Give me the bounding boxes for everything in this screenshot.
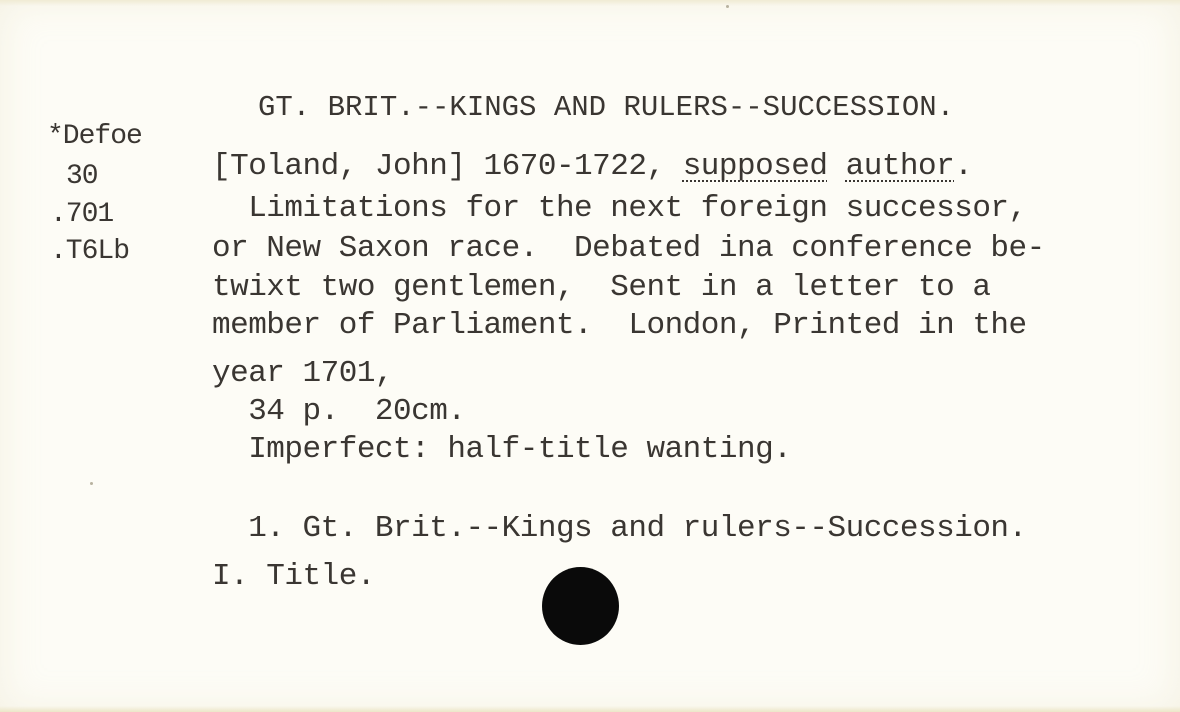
catalog-card: *Defoe 30 .701 .T6Lb GT. BRIT.--KINGS AN… xyxy=(0,0,1180,712)
title-line-4: member of Parliament. London, Printed in… xyxy=(212,307,1027,345)
subject-heading: GT. BRIT.--KINGS AND RULERS--SUCCESSION. xyxy=(258,89,954,127)
call-number-line-3: .701 xyxy=(50,196,113,234)
relator-author: author xyxy=(846,149,955,184)
call-number-line-1: *Defoe xyxy=(47,118,142,156)
author-name: [Toland, John] 1670-1722, xyxy=(212,149,683,184)
tracing-subject: 1. Gt. Brit.--Kings and rulers--Successi… xyxy=(212,510,1027,548)
call-number-line-4: .T6Lb xyxy=(50,233,129,271)
call-number-line-2: 30 xyxy=(66,158,98,196)
author-line: [Toland, John] 1670-1722, supposed autho… xyxy=(212,148,972,186)
relator-supposed: supposed xyxy=(683,149,828,184)
title-line-2: or New Saxon race. Debated ina conferenc… xyxy=(212,230,1045,268)
title-line-3: twixt two gentlemen, Sent in a letter to… xyxy=(212,269,990,307)
title-line-5: year 1701, xyxy=(212,355,393,393)
paper-speck xyxy=(726,5,729,8)
tracing-title: I. Title. xyxy=(212,558,375,596)
title-line-1: Limitations for the next foreign success… xyxy=(212,190,1027,228)
punch-hole xyxy=(542,567,619,645)
note-imperfect: Imperfect: half-title wanting. xyxy=(212,431,791,469)
paper-speck xyxy=(90,482,93,485)
collation: 34 p. 20cm. xyxy=(212,393,465,431)
